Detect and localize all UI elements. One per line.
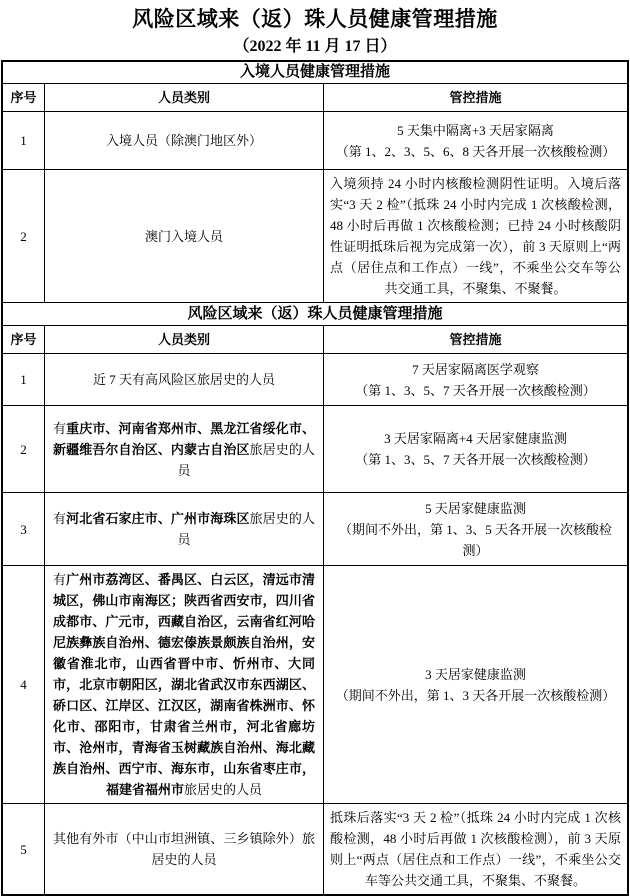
- measure-line: （期间不外出，第 1、3 天各开展一次核酸检测）: [330, 685, 621, 706]
- control-measure: 3 天居家隔离+4 天居家健康监测 （第 1、3、5、7 天各开展一次核酸检测）: [324, 406, 627, 493]
- row-number: 2: [3, 406, 45, 493]
- measure-line: 3 天居家隔离+4 天居家健康监测: [330, 428, 621, 449]
- control-measure: 入境须持 24 小时内核酸检测阴性证明。入境后落实“3 天 2 检”（抵珠 24…: [324, 170, 627, 303]
- row-number: 5: [3, 804, 45, 894]
- measure-line: 5 天集中隔离+3 天居家隔离: [330, 120, 621, 141]
- person-category: 近 7 天有高风险区旅居史的人员: [45, 354, 324, 406]
- measure-line: 3 天居家健康监测: [330, 664, 621, 685]
- category-text: 有河北省石家庄市、广州市海珠区旅居史的人员: [53, 508, 315, 550]
- col-header-measure: 管控措施: [324, 326, 627, 354]
- control-measure: 5 天集中隔离+3 天居家隔离 （第 1、2、3、5、6、8 天各开展一次核酸检…: [324, 112, 627, 170]
- category-bold-places: 广州市荔湾区、番禺区、白云区，清远市清城区，佛山市南海区；陕西省西安市，四川省成…: [53, 572, 315, 797]
- col-header-measure: 管控措施: [324, 84, 627, 112]
- measure-line: 5 天居家健康监测: [330, 498, 621, 519]
- measure-paragraph: 入境须持 24 小时内核酸检测阴性证明。入境后落实“3 天 2 检”（抵珠 24…: [330, 173, 621, 299]
- person-category: 有广州市荔湾区、番禺区、白云区，清远市清城区，佛山市南海区；陕西省西安市，四川省…: [45, 566, 324, 804]
- category-text: 有广州市荔湾区、番禺区、白云区，清远市清城区，佛山市南海区；陕西省西安市，四川省…: [53, 569, 315, 800]
- measure-line: 7 天居家隔离医学观察: [330, 359, 621, 380]
- measures-table: 入境人员健康管理措施 序号 人员类别 管控措施 1 入境人员（除澳门地区外） 5…: [1, 60, 629, 896]
- table-row: 2 有重庆市、河南省郑州市、黑龙江省绥化市、新疆维吾尔自治区、内蒙古自治区旅居史…: [3, 406, 627, 493]
- category-text: 有重庆市、河南省郑州市、黑龙江省绥化市、新疆维吾尔自治区、内蒙古自治区旅居史的人…: [53, 418, 315, 481]
- measure-line: （期间不外出，第 1、3、5 天各开展一次核酸检测）: [330, 519, 621, 561]
- control-measure: 抵珠后落实“3 天 2 检”（抵珠 24 小时内完成 1 次核酸检测，48 小时…: [324, 804, 627, 894]
- measure-paragraph: 抵珠后落实“3 天 2 检”（抵珠 24 小时内完成 1 次核酸检测，48 小时…: [330, 807, 621, 891]
- table-row: 4 有广州市荔湾区、番禺区、白云区，清远市清城区，佛山市南海区；陕西省西安市，四…: [3, 566, 627, 804]
- person-category: 澳门入境人员: [45, 170, 324, 303]
- col-header-category: 人员类别: [45, 326, 324, 354]
- section2-header-row: 风险区域来（返）珠人员健康管理措施: [3, 303, 627, 326]
- category-bold-places: 河北省石家庄市、广州市海珠区: [66, 511, 249, 526]
- doc-date: （2022 年 11 月 17 日）: [0, 34, 630, 59]
- table-row: 3 有河北省石家庄市、广州市海珠区旅居史的人员 5 天居家健康监测 （期间不外出…: [3, 493, 627, 566]
- person-category: 有河北省石家庄市、广州市海珠区旅居史的人员: [45, 493, 324, 566]
- section2-header: 风险区域来（返）珠人员健康管理措施: [3, 303, 627, 326]
- section1-header: 入境人员健康管理措施: [3, 62, 627, 84]
- row-number: 3: [3, 493, 45, 566]
- table-row: 5 其他有外市（中山市坦洲镇、三乡镇除外）旅居史的人员 抵珠后落实“3 天 2 …: [3, 804, 627, 894]
- row-number: 1: [3, 112, 45, 170]
- doc-title: 风险区域来（返）珠人员健康管理措施: [0, 0, 630, 34]
- control-measure: 3 天居家健康监测 （期间不外出，第 1、3 天各开展一次核酸检测）: [324, 566, 627, 804]
- section1-header-row: 入境人员健康管理措施: [3, 62, 627, 84]
- measure-line: （第 1、3、5、7 天各开展一次核酸检测）: [330, 380, 621, 401]
- category-text: 其他有外市（中山市坦洲镇、三乡镇除外）旅居史的人员: [53, 828, 315, 870]
- person-category: 入境人员（除澳门地区外）: [45, 112, 324, 170]
- col-header-no: 序号: [3, 326, 45, 354]
- col-header-no: 序号: [3, 84, 45, 112]
- table-row: 1 入境人员（除澳门地区外） 5 天集中隔离+3 天居家隔离 （第 1、2、3、…: [3, 112, 627, 170]
- person-category: 有重庆市、河南省郑州市、黑龙江省绥化市、新疆维吾尔自治区、内蒙古自治区旅居史的人…: [45, 406, 324, 493]
- table-row: 2 澳门入境人员 入境须持 24 小时内核酸检测阴性证明。入境后落实“3 天 2…: [3, 170, 627, 303]
- measure-line: （第 1、3、5、7 天各开展一次核酸检测）: [330, 449, 621, 470]
- person-category: 其他有外市（中山市坦洲镇、三乡镇除外）旅居史的人员: [45, 804, 324, 894]
- row-number: 2: [3, 170, 45, 303]
- table-row: 1 近 7 天有高风险区旅居史的人员 7 天居家隔离医学观察 （第 1、3、5、…: [3, 354, 627, 406]
- section1-column-header-row: 序号 人员类别 管控措施: [3, 84, 627, 112]
- row-number: 4: [3, 566, 45, 804]
- row-number: 1: [3, 354, 45, 406]
- control-measure: 5 天居家健康监测 （期间不外出，第 1、3、5 天各开展一次核酸检测）: [324, 493, 627, 566]
- measure-line: （第 1、2、3、5、6、8 天各开展一次核酸检测）: [330, 141, 621, 162]
- section2-column-header-row: 序号 人员类别 管控措施: [3, 326, 627, 354]
- control-measure: 7 天居家隔离医学观察 （第 1、3、5、7 天各开展一次核酸检测）: [324, 354, 627, 406]
- col-header-category: 人员类别: [45, 84, 324, 112]
